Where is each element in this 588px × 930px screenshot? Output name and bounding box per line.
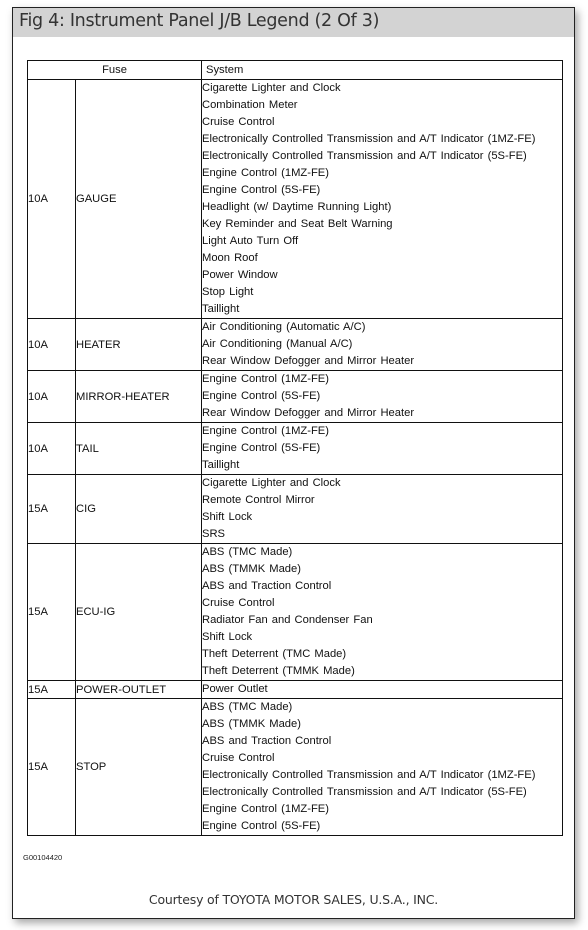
figure-title: Fig 4: Instrument Panel J/B Legend (2 Of… xyxy=(19,11,379,31)
system-item: Air Conditioning (Automatic A/C) xyxy=(202,319,562,336)
system-item: Engine Control (1MZ-FE) xyxy=(202,371,562,388)
table-row: 15AECU-IGABS (TMC Made)ABS (TMMK Made)AB… xyxy=(28,544,563,681)
system-item: Taillight xyxy=(202,457,562,474)
fuse-systems: Engine Control (1MZ-FE)Engine Control (5… xyxy=(202,371,563,423)
system-item: Key Reminder and Seat Belt Warning xyxy=(202,216,562,233)
system-item: Electronically Controlled Transmission a… xyxy=(202,131,562,148)
system-item: Cigarette Lighter and Clock xyxy=(202,475,562,492)
system-item: ABS (TMMK Made) xyxy=(202,716,562,733)
fuse-amperage: 10A xyxy=(28,371,76,423)
system-item: Shift Lock xyxy=(202,509,562,526)
system-item: Engine Control (5S-FE) xyxy=(202,182,562,199)
fuse-amperage: 15A xyxy=(28,681,76,699)
fuse-systems: Power Outlet xyxy=(202,681,563,699)
table-row: 15ASTOPABS (TMC Made)ABS (TMMK Made)ABS … xyxy=(28,699,563,836)
table-row: 10AMIRROR-HEATEREngine Control (1MZ-FE)E… xyxy=(28,371,563,423)
system-item: ABS and Traction Control xyxy=(202,578,562,595)
fuse-amperage: 10A xyxy=(28,80,76,319)
system-item: Engine Control (1MZ-FE) xyxy=(202,801,562,818)
system-item: Rear Window Defogger and Mirror Heater xyxy=(202,405,562,422)
system-item: Electronically Controlled Transmission a… xyxy=(202,767,562,784)
fuse-systems: Cigarette Lighter and ClockRemote Contro… xyxy=(202,475,563,544)
table-body: 10AGAUGECigarette Lighter and ClockCombi… xyxy=(28,80,563,836)
fuse-systems: ABS (TMC Made)ABS (TMMK Made)ABS and Tra… xyxy=(202,544,563,681)
table-header-row: Fuse System xyxy=(28,61,563,80)
fuse-amperage: 15A xyxy=(28,699,76,836)
fuse-systems: Cigarette Lighter and ClockCombination M… xyxy=(202,80,563,319)
system-item: SRS xyxy=(202,526,562,543)
fuse-amperage: 10A xyxy=(28,423,76,475)
fuse-amperage: 15A xyxy=(28,475,76,544)
system-item: Theft Deterrent (TMC Made) xyxy=(202,646,562,663)
figure-frame: Fig 4: Instrument Panel J/B Legend (2 Of… xyxy=(12,7,575,919)
system-item: ABS (TMMK Made) xyxy=(202,561,562,578)
table-row: 15ACIGCigarette Lighter and ClockRemote … xyxy=(28,475,563,544)
table-row: 10AHEATERAir Conditioning (Automatic A/C… xyxy=(28,319,563,371)
system-item: Cruise Control xyxy=(202,595,562,612)
system-item: ABS (TMC Made) xyxy=(202,544,562,561)
system-item: Combination Meter xyxy=(202,97,562,114)
fuse-systems: ABS (TMC Made)ABS (TMMK Made)ABS and Tra… xyxy=(202,699,563,836)
courtesy-credit: Courtesy of TOYOTA MOTOR SALES, U.S.A., … xyxy=(13,892,574,907)
system-item: Moon Roof xyxy=(202,250,562,267)
system-item: Radiator Fan and Condenser Fan xyxy=(202,612,562,629)
table-row: 10AGAUGECigarette Lighter and ClockCombi… xyxy=(28,80,563,319)
system-item: Air Conditioning (Manual A/C) xyxy=(202,336,562,353)
system-item: Engine Control (1MZ-FE) xyxy=(202,165,562,182)
system-item: Engine Control (1MZ-FE) xyxy=(202,423,562,440)
fuse-systems: Air Conditioning (Automatic A/C)Air Cond… xyxy=(202,319,563,371)
system-item: Power Window xyxy=(202,267,562,284)
fuse-name: POWER-OUTLET xyxy=(76,681,202,699)
system-item: Light Auto Turn Off xyxy=(202,233,562,250)
system-item: Engine Control (5S-FE) xyxy=(202,818,562,835)
fuse-legend-table: Fuse System 10AGAUGECigarette Lighter an… xyxy=(27,60,563,836)
table-row: 10ATAILEngine Control (1MZ-FE)Engine Con… xyxy=(28,423,563,475)
system-item: Shift Lock xyxy=(202,629,562,646)
system-item: Remote Control Mirror xyxy=(202,492,562,509)
system-column-header: System xyxy=(202,61,563,80)
fuse-name: STOP xyxy=(76,699,202,836)
system-item: ABS (TMC Made) xyxy=(202,699,562,716)
system-item: Electronically Controlled Transmission a… xyxy=(202,148,562,165)
system-item: Engine Control (5S-FE) xyxy=(202,440,562,457)
system-item: Rear Window Defogger and Mirror Heater xyxy=(202,353,562,370)
system-item: Stop Light xyxy=(202,284,562,301)
system-item: ABS and Traction Control xyxy=(202,733,562,750)
system-item: Theft Deterrent (TMMK Made) xyxy=(202,663,562,680)
fuse-name: MIRROR-HEATER xyxy=(76,371,202,423)
system-item: Engine Control (5S-FE) xyxy=(202,388,562,405)
fuse-name: ECU-IG xyxy=(76,544,202,681)
table-row: 15APOWER-OUTLETPower Outlet xyxy=(28,681,563,699)
figure-code: G00104420 xyxy=(23,853,62,862)
fuse-amperage: 10A xyxy=(28,319,76,371)
system-item: Cruise Control xyxy=(202,114,562,131)
fuse-name: HEATER xyxy=(76,319,202,371)
fuse-name: TAIL xyxy=(76,423,202,475)
system-item: Cruise Control xyxy=(202,750,562,767)
fuse-name: GAUGE xyxy=(76,80,202,319)
system-item: Cigarette Lighter and Clock xyxy=(202,80,562,97)
fuse-column-header: Fuse xyxy=(28,61,202,80)
system-item: Electronically Controlled Transmission a… xyxy=(202,784,562,801)
system-item: Headlight (w/ Daytime Running Light) xyxy=(202,199,562,216)
fuse-systems: Engine Control (1MZ-FE)Engine Control (5… xyxy=(202,423,563,475)
title-bar: Fig 4: Instrument Panel J/B Legend (2 Of… xyxy=(13,8,574,37)
system-item: Power Outlet xyxy=(202,681,562,698)
fuse-amperage: 15A xyxy=(28,544,76,681)
system-item: Taillight xyxy=(202,301,562,318)
fuse-name: CIG xyxy=(76,475,202,544)
